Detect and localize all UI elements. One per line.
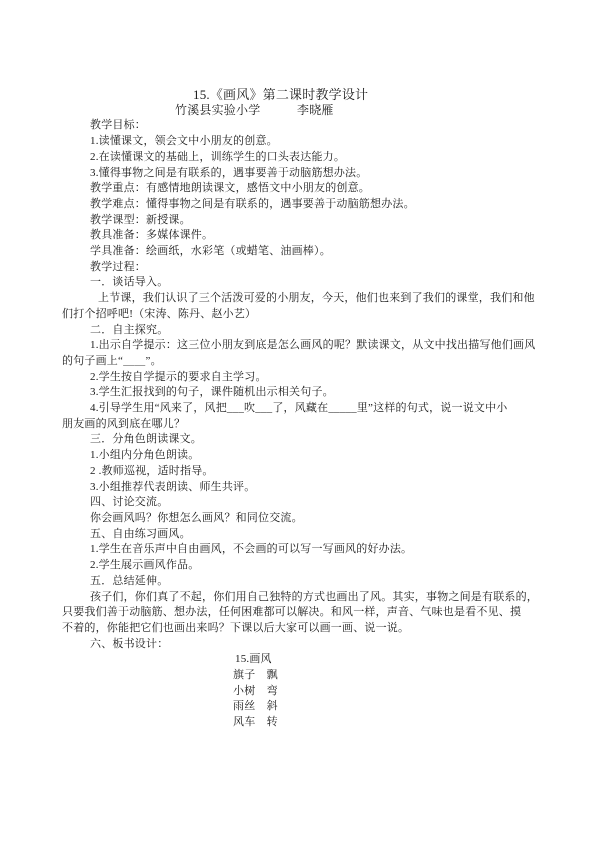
text-line: 1.学生在音乐声中自由画风，不会画的可以写一写画风的好办法。	[62, 542, 537, 558]
text-line: 教学过程：	[62, 260, 537, 276]
text-line: 教学重点：有感情地朗读课文，感悟文中小朋友的创意。	[62, 181, 537, 197]
board-item: 雨丝 斜	[62, 699, 537, 715]
document-byline: 竹溪县实验小学 李晓雁	[62, 103, 537, 119]
text-line: 2.学生展示画风作品。	[62, 558, 537, 574]
text-line: 五、自由练习画风。	[62, 527, 537, 543]
text-line: 一．谈话导入。	[62, 275, 537, 291]
text-line: 1.出示自学提示：这三位小朋友到底是怎么画风的呢？默读课文，从文中找出描写他们画…	[62, 338, 537, 354]
text-line: 只要我们善于动脑筋、想办法，任何困难都可以解决。和风一样，声音、气味也是看不见、…	[62, 605, 537, 621]
text-line: 孩子们，你们真了不起，你们用自己独特的方式也画出了风。其实，事物之间是有联系的，	[62, 590, 537, 606]
text-line: 的句子画上“＿＿”。	[62, 354, 537, 370]
text-line: 三．分角色朗读课文。	[62, 432, 537, 448]
text-line: 1.小组内分角色朗读。	[62, 448, 537, 464]
text-line: 教具准备：多媒体课件。	[62, 228, 537, 244]
text-line: 4.引导学生用“风来了，风把___吹___了，风藏在_____里”这样的句式，说…	[62, 401, 537, 417]
document-title: 15.《画风》第二课时教学设计	[62, 87, 537, 103]
board-item: 小树 弯	[62, 684, 537, 700]
text-line: 学具准备：绘画纸，水彩笔（或蜡笔、油画棒）。	[62, 244, 537, 260]
text-line: 五．总结延伸。	[62, 574, 537, 590]
text-line: 四、讨论交流。	[62, 495, 537, 511]
board-title: 15.画风	[62, 652, 537, 668]
board-item: 旗子 飘	[62, 668, 537, 684]
text-line: 1.读懂课文，领会文中小朋友的创意。	[62, 134, 537, 150]
text-line: 2.学生按自学提示的要求自主学习。	[62, 370, 537, 386]
text-line: 3.懂得事物之间是有联系的，遇事要善于动脑筋想办法。	[62, 166, 537, 182]
text-line: 教学目标：	[62, 118, 537, 134]
text-line: 教学难点：懂得事物之间是有联系的，遇事要善于动脑筋想办法。	[62, 197, 537, 213]
text-line: 们打个招呼吧!（宋涛、陈丹、赵小艺）	[62, 307, 537, 323]
text-line: 二．自主探究。	[62, 323, 537, 339]
text-line: 3.学生汇报找到的句子，课件随机出示相关句子。	[62, 385, 537, 401]
text-line: 不着的，你能把它们也画出来吗？下课以后大家可以画一画、说一说。	[62, 621, 537, 637]
board-item: 风车 转	[62, 715, 537, 731]
document-page: 15.《画风》第二课时教学设计竹溪县实验小学 李晓雁教学目标：1.读懂课文，领会…	[0, 0, 595, 842]
text-line: 六、板书设计：	[62, 637, 537, 653]
document-body: 15.《画风》第二课时教学设计竹溪县实验小学 李晓雁教学目标：1.读懂课文，领会…	[62, 87, 537, 731]
text-line: 朋友画的风到底在哪儿？	[62, 417, 537, 433]
text-line: 3.小组推荐代表朗读、师生共评。	[62, 480, 537, 496]
text-line: 2 .教师巡视，适时指导。	[62, 464, 537, 480]
text-line: 教学课型：新授课。	[62, 213, 537, 229]
text-line: 2.在读懂课文的基础上，训练学生的口头表达能力。	[62, 150, 537, 166]
text-line: 你会画风吗？你想怎么画风？和同位交流。	[62, 511, 537, 527]
text-line: 上节课，我们认识了三个活泼可爱的小朋友，今天，他们也来到了我们的课堂，我们和他	[62, 291, 537, 307]
